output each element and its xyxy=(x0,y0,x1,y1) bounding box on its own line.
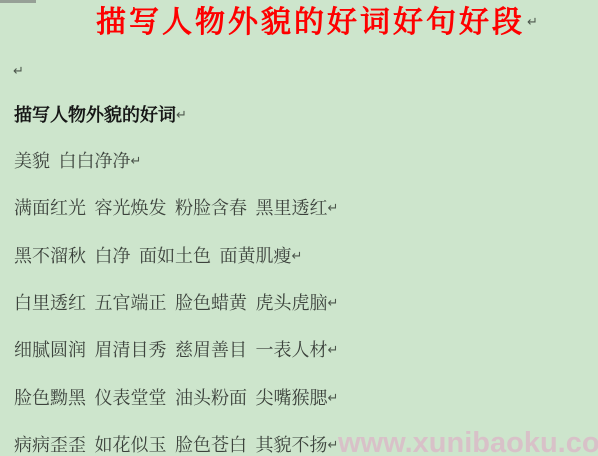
word-line: 细腻圆润 眉清目秀 慈眉善目 一表人材↵ xyxy=(14,336,338,362)
paragraph-mark-icon: ↵ xyxy=(176,108,187,123)
paragraph-mark-icon: ↵ xyxy=(328,201,339,216)
word-line: 病病歪歪 如花似玉 脸色苍白 其貌不扬↵ xyxy=(14,431,338,456)
word-line-text: 美貌 白白净净 xyxy=(14,151,131,171)
section-heading-text: 描写人物外貌的好词 xyxy=(14,105,176,125)
document-page: 描写人物外貌的好词好句好段↵ ↵ 描写人物外貌的好词↵ 美貌 白白净净↵ 满面红… xyxy=(0,0,598,456)
paragraph-mark-icon: ↵ xyxy=(328,343,339,358)
word-line-text: 细腻圆润 眉清目秀 慈眉善目 一表人材 xyxy=(14,340,328,360)
paragraph-mark-icon: ↵ xyxy=(527,15,538,30)
document-title-text: 描写人物外貌的好词好句好段 xyxy=(96,6,525,39)
paragraph-mark-icon: ↵ xyxy=(328,391,339,406)
word-line-text: 黑不溜秋 白净 面如土色 面黄肌瘦 xyxy=(14,246,292,266)
word-line: 白里透红 五官端正 脸色蜡黄 虎头虎脑↵ xyxy=(14,289,338,315)
word-line: 脸色黝黑 仪表堂堂 油头粉面 尖嘴猴腮↵ xyxy=(14,384,338,410)
section-heading: 描写人物外貌的好词↵ xyxy=(14,101,187,127)
empty-paragraph: ↵ xyxy=(13,64,24,81)
word-line-text: 脸色黝黑 仪表堂堂 油头粉面 尖嘴猴腮 xyxy=(14,388,328,408)
screen-edge-artifact xyxy=(0,0,36,3)
paragraph-mark-icon: ↵ xyxy=(292,249,303,264)
paragraph-mark-icon: ↵ xyxy=(131,154,142,169)
document-title: 描写人物外貌的好词好句好段↵ xyxy=(96,5,538,41)
word-line: 满面红光 容光焕发 粉脸含春 黑里透红↵ xyxy=(14,194,338,220)
word-line-text: 病病歪歪 如花似玉 脸色苍白 其貌不扬 xyxy=(14,435,328,455)
site-watermark: www.xunibaoku.com xyxy=(338,427,598,456)
paragraph-mark-icon: ↵ xyxy=(328,438,339,453)
paragraph-mark-icon: ↵ xyxy=(13,64,24,79)
paragraph-mark-icon: ↵ xyxy=(328,296,339,311)
word-line-text: 白里透红 五官端正 脸色蜡黄 虎头虎脑 xyxy=(14,293,328,313)
word-line: 黑不溜秋 白净 面如土色 面黄肌瘦↵ xyxy=(14,242,302,268)
word-line: 美貌 白白净净↵ xyxy=(14,147,141,173)
word-line-text: 满面红光 容光焕发 粉脸含春 黑里透红 xyxy=(14,198,328,218)
